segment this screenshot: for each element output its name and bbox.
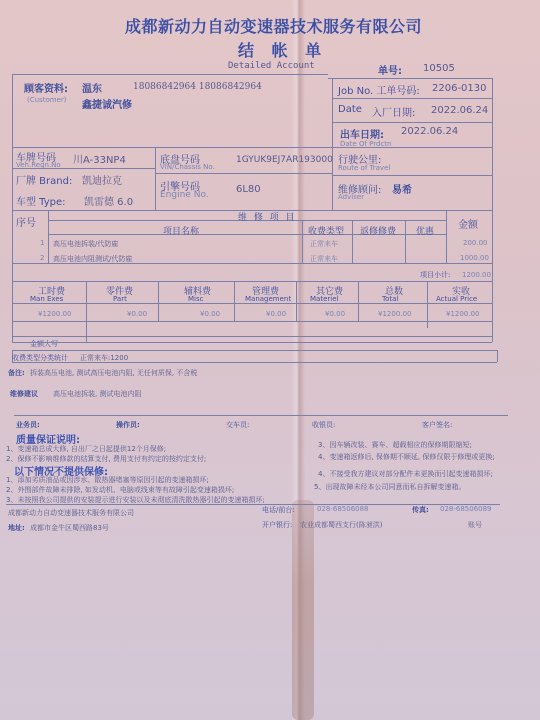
advisor-label-en: Adviser: [338, 193, 364, 201]
suggestion-value: 高压电池拆装, 测试电池内阻: [53, 389, 141, 399]
plate-label-en: Veh.Regn.No: [16, 161, 61, 169]
paper-stain: [292, 500, 314, 720]
frame-line: [497, 350, 498, 362]
frame-line: [332, 175, 492, 176]
fee-value: ¥1200.00: [446, 310, 479, 318]
date-out-label: 出车日期:: [340, 126, 384, 141]
frame-line: [446, 210, 447, 263]
frame-line: [12, 350, 497, 351]
row-item-name: 高压电池拆装/代防雇: [53, 239, 118, 249]
customer-name: 温东: [82, 80, 102, 95]
col-header-amount: 金额: [458, 216, 478, 231]
type-value: 凯雷德 6.0: [84, 193, 133, 208]
warranty-item: 4、变速箱返修后, 保修期不顺延, 保修仅限于修理或更换;: [318, 452, 495, 462]
fee-value: ¥0.00: [127, 310, 147, 318]
frame-line: [302, 220, 303, 263]
bank-label: 开户银行:: [262, 520, 292, 530]
engine-value: 6L80: [236, 184, 261, 195]
frame-line: [12, 147, 492, 148]
fax-label: 传真:: [412, 505, 429, 515]
frame-line: [12, 74, 13, 342]
fee-value: ¥1200.00: [38, 310, 71, 318]
seq-header: 序号: [16, 214, 36, 229]
row-amount: 200.00: [463, 239, 488, 247]
row-seq: 2: [40, 254, 44, 262]
fee-stats-label: 收费类型分类统计: [12, 353, 68, 363]
amount-words-label: 金额大写: [30, 339, 58, 349]
date-label: Date: [338, 104, 362, 115]
address-value: 成都市金牛区蜀西路83号: [30, 523, 109, 533]
operator-label: 操作员:: [116, 420, 140, 430]
customer-label: 顾客资料:: [24, 80, 68, 95]
frame-line: [12, 281, 492, 282]
vin-value: 1GYUK9EJ7AR193000: [236, 155, 333, 165]
customer-company: 鑫捷诚汽修: [82, 96, 132, 111]
fee-value: ¥0.00: [266, 310, 286, 318]
document-title: 结 帐 单: [238, 38, 327, 61]
fee-header-en: Management: [245, 295, 291, 303]
fee-header-en: Part: [113, 295, 127, 303]
frame-line: [12, 342, 492, 343]
frame-line: [234, 281, 235, 321]
frame-line: [86, 281, 87, 342]
frame-line: [352, 220, 353, 263]
plate-value: 川A-33NP4: [73, 151, 126, 166]
row-fee-type: 正常来车: [310, 254, 338, 264]
frame-line: [12, 303, 492, 304]
cashier-label: 收银员:: [312, 420, 335, 430]
frame-line: [12, 336, 492, 337]
customer-sign-label: 客户签名:: [422, 420, 452, 430]
salesman-label: 业务员:: [16, 420, 40, 430]
order-no-label: 单号:: [378, 62, 402, 77]
col-header-discount: 优惠: [416, 224, 434, 237]
fee-header-en: Total: [382, 295, 398, 303]
bank-value: 农业成都蜀西支行(陈昶洪): [300, 520, 382, 530]
fee-header-en: Misc: [188, 295, 203, 303]
vin-label-en: VIN/Chassis No.: [160, 163, 215, 171]
advisor-value: 易希: [392, 181, 412, 196]
brand-label: 厂牌 Brand:: [16, 172, 72, 187]
type-label: 车型 Type:: [16, 193, 66, 208]
fee-value: ¥1200.00: [378, 310, 411, 318]
remarks-value: 拆装高压电池, 测试高压电池内阻, 无任何质保, 不含税: [30, 368, 197, 378]
row-item-name: 高压电池内阻测试/代防雇: [53, 254, 132, 264]
exclusion-item: 5、出现故障未经本公司同意而私自拆解变速箱。: [314, 482, 465, 492]
frame-line: [328, 78, 492, 79]
date-in-value: 2022.06.24: [431, 105, 488, 116]
suggestion-label: 维修建议: [10, 389, 38, 399]
customer-phones: 18086842964 18086842964: [133, 82, 262, 92]
job-no-label: Job No. 工单号码:: [338, 82, 420, 97]
fax-value: 028-68506089: [440, 505, 492, 513]
frame-line: [332, 122, 492, 123]
fee-value: ¥0.00: [325, 310, 345, 318]
fee-value: ¥0.00: [200, 310, 220, 318]
delivery-label: 交车员:: [226, 420, 249, 430]
col-header-item-name: 项目名称: [163, 224, 199, 237]
engine-label-en: Engine No.: [160, 190, 209, 200]
col-header-rework: 返修修费: [360, 224, 396, 237]
job-no-value: 2206-0130: [432, 83, 487, 94]
exclusion-item: 2、外围部件故障未排除, 如发动机、电脑或线束等有故障引起变速箱损坏;: [6, 485, 234, 495]
repair-group-header: 维 修 项 目: [238, 210, 297, 223]
fee-header-en: Materiel: [310, 295, 338, 303]
account-label: 账号: [468, 520, 482, 530]
frame-line: [358, 281, 359, 321]
row-amount: 1000.00: [460, 254, 489, 262]
document-title-en: Detailed Account: [228, 61, 315, 71]
frame-line: [405, 220, 406, 263]
address-label: 地址:: [8, 523, 25, 533]
brand-value: 凯迪拉克: [82, 172, 122, 187]
customer-label-en: (Customer): [27, 96, 66, 104]
frame-line: [155, 173, 332, 174]
frame-line: [12, 74, 328, 75]
warranty-item: 1、变速箱总成大修, 自出厂之日起提供12个月保修;: [6, 444, 166, 454]
company-title: 成都新动力自动变速器技术服务有限公司: [125, 14, 422, 37]
frame-line: [296, 281, 297, 321]
warranty-item: 3、因车辆改装、赛车、超载相应的保修期限缩短;: [318, 440, 472, 450]
phone-label: 电话/前台:: [262, 505, 295, 515]
subtotal-value: 1200.00: [462, 271, 491, 279]
col-header-fee-type: 收费类型: [308, 224, 344, 237]
signature-divider: [14, 415, 508, 416]
frame-line: [12, 321, 492, 322]
order-no-value: 10505: [423, 63, 455, 74]
fee-stats-value: 正常来车:1200: [80, 353, 128, 363]
date-in-label: 入厂日期:: [372, 104, 415, 119]
phone-value: 028-68506088: [317, 505, 369, 513]
frame-line: [332, 98, 492, 99]
remarks-label: 备注:: [8, 368, 25, 378]
date-out-value: 2022.06.24: [401, 126, 458, 137]
exclusion-item: 4、不接受我方建议对部分配件未更换而引起变速箱损坏;: [318, 469, 493, 479]
mileage-label-en: Route of Travel: [338, 164, 390, 172]
exclusion-item: 1、添加劣质油品或因涉水、散热器堵塞等原因引起的变速箱损坏;: [6, 475, 209, 485]
row-seq: 1: [40, 239, 44, 247]
frame-line: [155, 147, 156, 210]
fee-header-en: Man Exes: [30, 295, 63, 303]
frame-line: [492, 78, 493, 342]
footer-company: 成都新动力自动变速器技术服务有限公司: [8, 508, 134, 518]
fee-header-en: Actual Price: [436, 295, 477, 303]
frame-line: [48, 210, 49, 263]
frame-line: [158, 281, 159, 321]
row-fee-type: 正常来车: [310, 239, 338, 249]
subtotal-label: 项目小计:: [420, 270, 450, 280]
